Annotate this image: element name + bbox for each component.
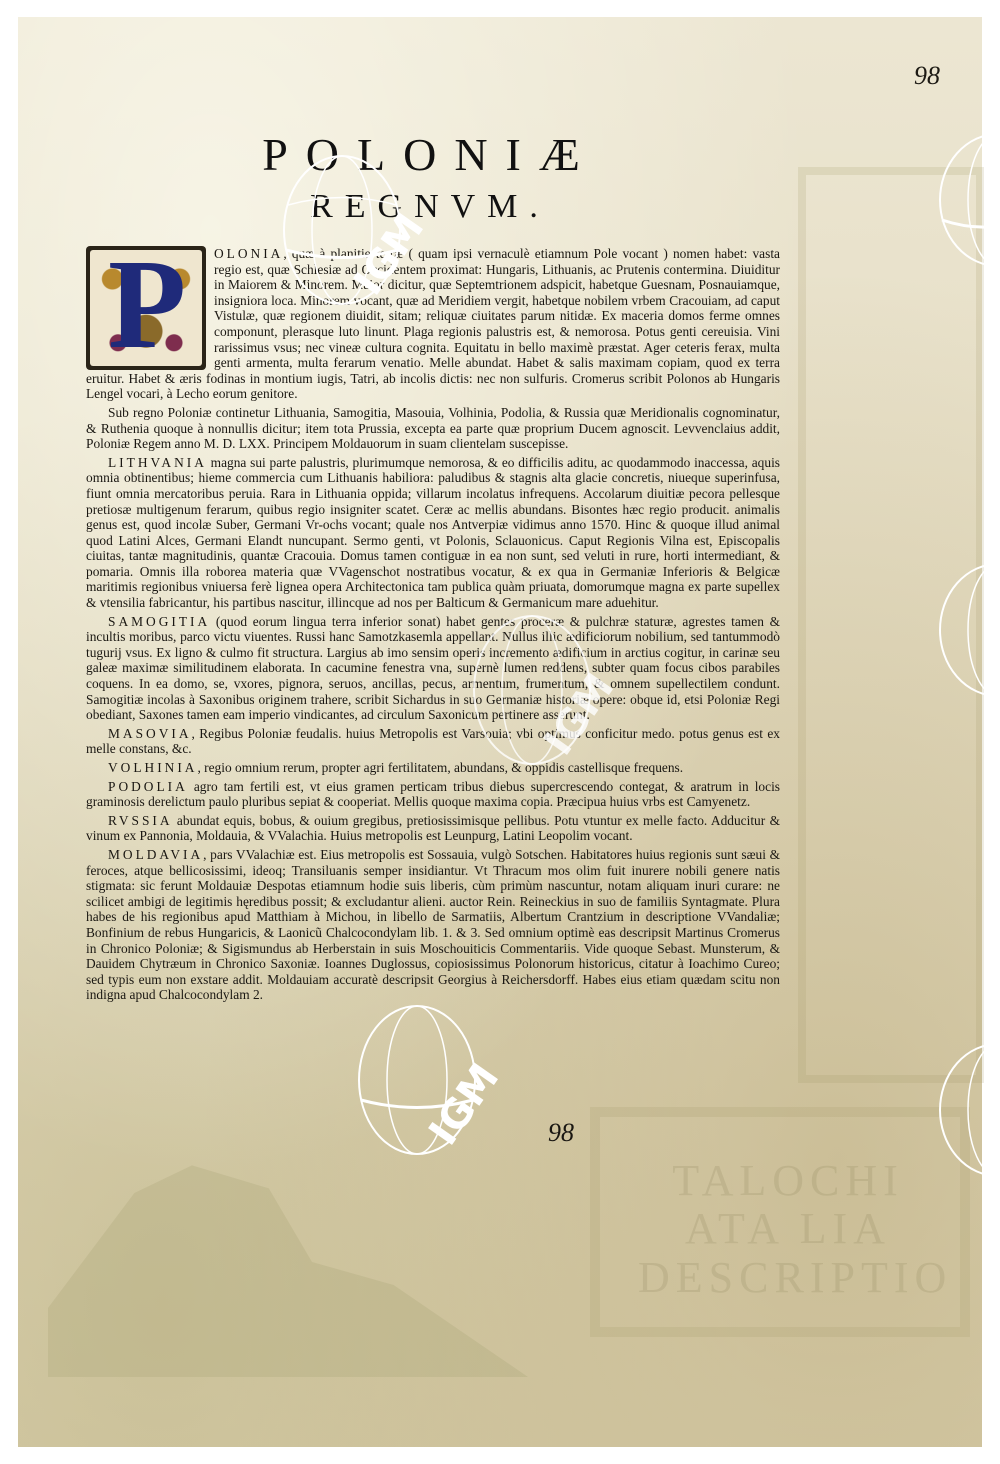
- paragraph-text: Sub regno Poloniæ continetur Lithuania, …: [86, 405, 780, 451]
- igm-watermark-globe-icon: IGM: [470, 610, 620, 770]
- paragraph-samogitia: SAMOGITIA (quod eorum lingua terra infer…: [86, 614, 780, 723]
- paragraph-podolia: PODOLIA agro tam fertili est, vt eius gr…: [86, 779, 780, 810]
- paragraph-text: agro tam fertili est, vt eius gramen per…: [86, 779, 780, 810]
- paragraph-volhinia: VOLHINIA, regio omnium rerum, propter ag…: [86, 760, 780, 776]
- paragraph-russia: RVSSIA abundat equis, bobus, & ouium gre…: [86, 813, 780, 844]
- paragraph-lithuania: LITHVANIA magna sui parte palustris, plu…: [86, 455, 780, 611]
- show-through-mountain: [48, 1147, 528, 1377]
- svg-text:IGM: IGM: [420, 1056, 505, 1154]
- paragraph-polonia: P OLONIA, quæ à planitie terræ ( quam ip…: [86, 246, 780, 402]
- igm-watermark-globe-icon: [932, 130, 1000, 270]
- paragraph-lead: LITHVANIA: [108, 455, 207, 470]
- paragraph-lead: OLONIA: [214, 246, 283, 261]
- paragraph-text: , pars VValachiæ est. Eius metropolis es…: [86, 847, 780, 1002]
- paragraph-text: (quod eorum lingua terra inferior sonat)…: [86, 614, 780, 723]
- paragraph-lead: RVSSIA: [108, 813, 173, 828]
- handwritten-folio-number: 98: [914, 61, 940, 91]
- paragraph-sub-regno: Sub regno Poloniæ continetur Lithuania, …: [86, 405, 780, 452]
- svg-text:IGM: IGM: [535, 666, 620, 764]
- igm-watermark-globe-icon: IGM: [280, 150, 430, 310]
- paragraph-lead: MOLDAVIA: [108, 847, 203, 862]
- paragraph-masovia: MASOVIA, Regibus Poloniæ feudalis. huius…: [86, 726, 780, 757]
- paragraph-text: magna sui parte palustris, plurimumque n…: [86, 455, 780, 610]
- paragraph-lead: MASOVIA: [108, 726, 192, 741]
- igm-watermark-globe-icon: [932, 1040, 1000, 1180]
- paragraph-moldavia: MOLDAVIA, pars VValachiæ est. Eius metro…: [86, 847, 780, 1003]
- page-title: POLONIÆ: [80, 128, 780, 181]
- igm-watermark-globe-icon: [932, 560, 1000, 700]
- illuminated-drop-cap: P: [86, 246, 206, 370]
- igm-watermark-globe-icon: IGM: [355, 1000, 505, 1160]
- paragraph-text: abundat equis, bobus, & ouium gregibus, …: [86, 813, 780, 844]
- paragraph-lead: PODOLIA: [108, 779, 188, 794]
- drop-cap-letter: P: [108, 246, 186, 368]
- body-text: P OLONIA, quæ à planitie terræ ( quam ip…: [86, 246, 780, 1006]
- svg-text:IGM: IGM: [345, 206, 430, 304]
- paragraph-lead: SAMOGITIA: [108, 614, 210, 629]
- printed-page-number: 98: [548, 1118, 574, 1148]
- page-subtitle: REGNVM.: [80, 188, 780, 226]
- paragraph-lead: VOLHINIA: [108, 760, 197, 775]
- show-through-text: TALOCHIATA LIADESCRIPTIO: [638, 1157, 938, 1302]
